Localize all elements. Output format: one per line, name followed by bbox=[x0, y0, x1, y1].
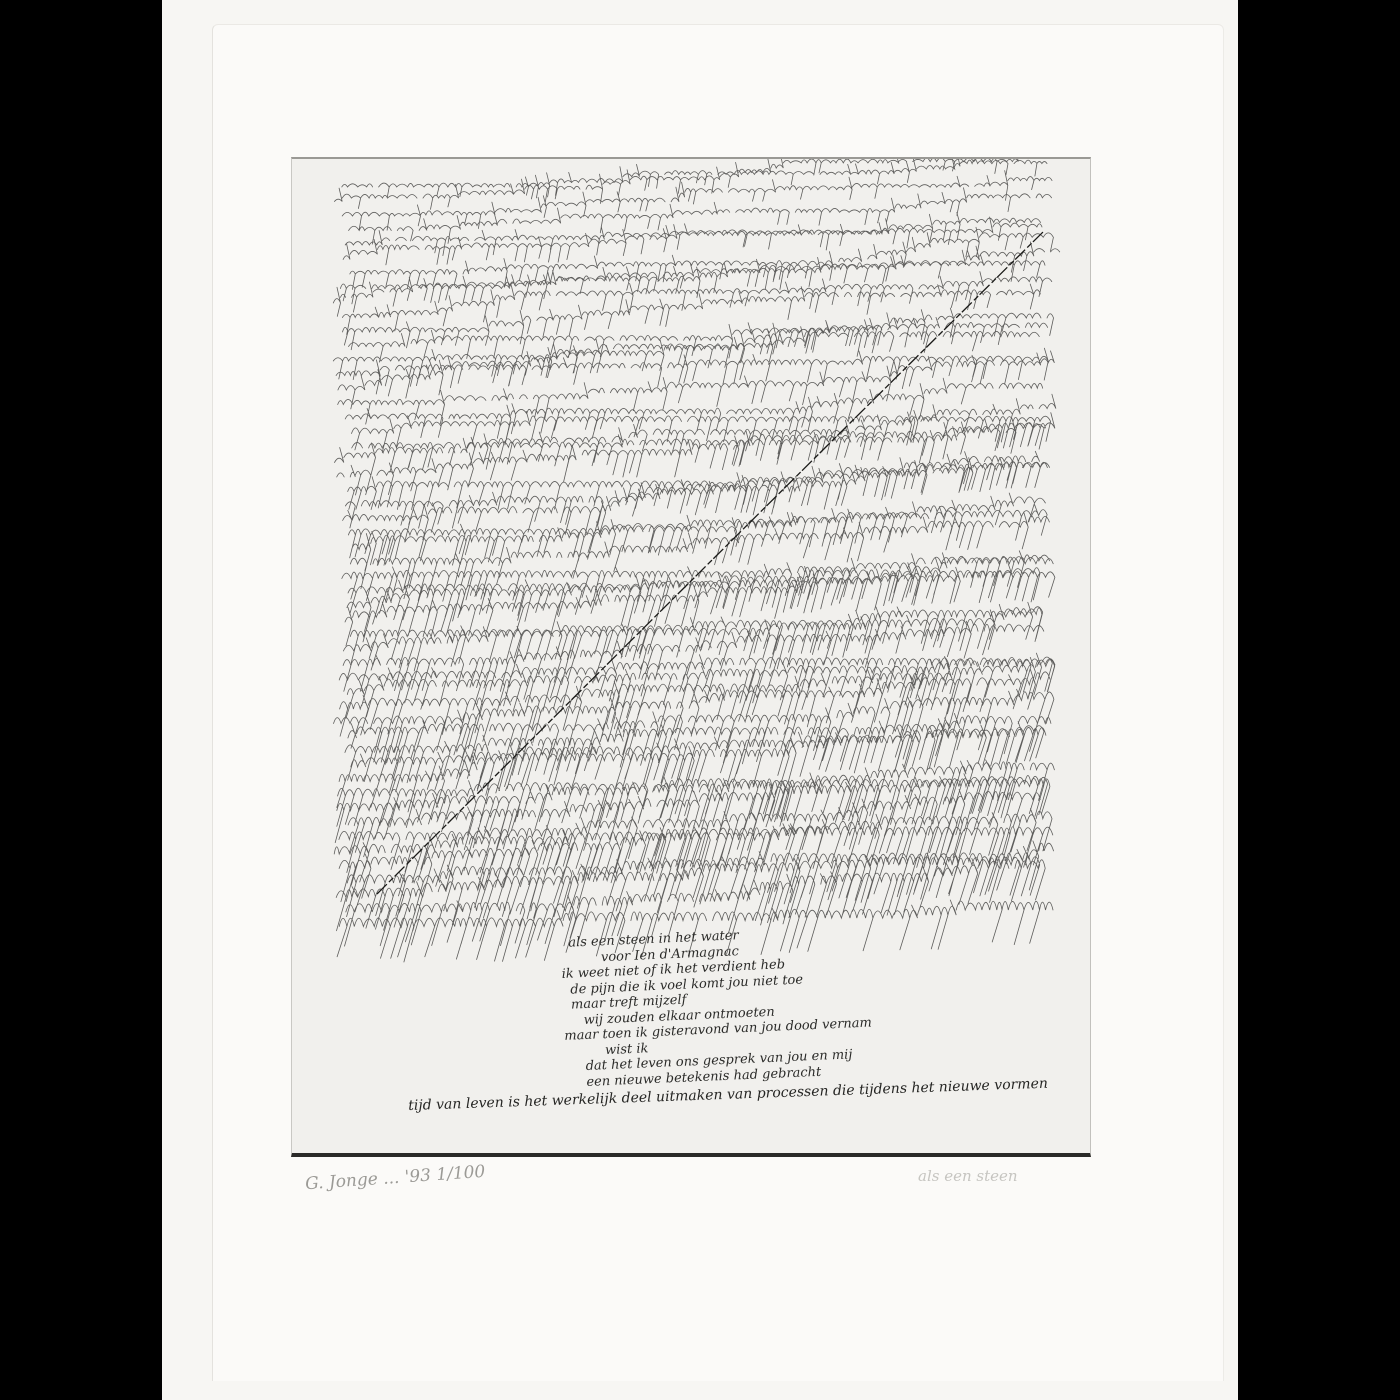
title-inscription: als een steen bbox=[918, 1167, 1018, 1185]
poem-text: als een steen in het water voor Ien d'Ar… bbox=[560, 923, 874, 1091]
artwork-canvas: als een steen in het water voor Ien d'Ar… bbox=[0, 0, 1400, 1400]
